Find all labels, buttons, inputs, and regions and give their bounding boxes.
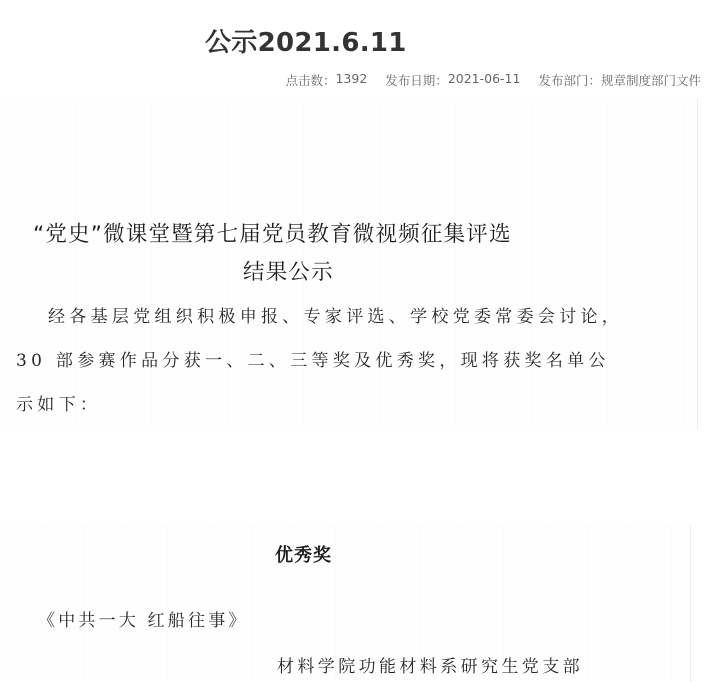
- click-count-label: 点击数：: [285, 71, 335, 89]
- click-count-value: 1392: [335, 71, 367, 89]
- document-scan-page-1: “党史”微课堂暨第七届党员教育微视频征集评选 结果公示 经各基层党组织积极申报、…: [0, 98, 698, 430]
- document-heading-line-2: 结果公示: [243, 255, 334, 286]
- publish-date-label: 发布日期：: [385, 71, 448, 89]
- award-category-title: 优秀奖: [275, 541, 332, 567]
- award-entry-unit: 材料学院功能材料系研究生党支部: [277, 652, 583, 677]
- award-entry-work-title: 《中共一大 红船往事》: [38, 606, 249, 631]
- publish-department-label: 发布部门：: [538, 71, 601, 89]
- document-scan-page-2: 优秀奖 《中共一大 红船往事》 材料学院功能材料系研究生党支部: [0, 525, 691, 682]
- document-body-line-2: 30 部参赛作品分获一、二、三等奖及优秀奖，现将获奖名单公: [16, 346, 610, 371]
- publish-date-value: 2021-06-11: [448, 71, 521, 89]
- publish-department: 发布部门： 规章制度部门文件: [538, 71, 701, 89]
- document-body-line-1: 经各基层党组织积极申报、专家评选、学校党委常委会讨论，: [48, 302, 623, 327]
- click-count: 点击数： 1392: [285, 71, 367, 89]
- publish-date: 发布日期： 2021-06-11: [385, 71, 520, 89]
- page-title: 公示2021.6.11: [205, 22, 407, 59]
- article-meta: 点击数： 1392 发布日期： 2021-06-11 发布部门： 规章制度部门文…: [285, 71, 701, 89]
- document-heading-line-1: “党史”微课堂暨第七届党员教育微视频征集评选: [33, 217, 512, 248]
- publish-department-value: 规章制度部门文件: [601, 71, 701, 89]
- document-body-line-3: 示如下：: [16, 390, 101, 415]
